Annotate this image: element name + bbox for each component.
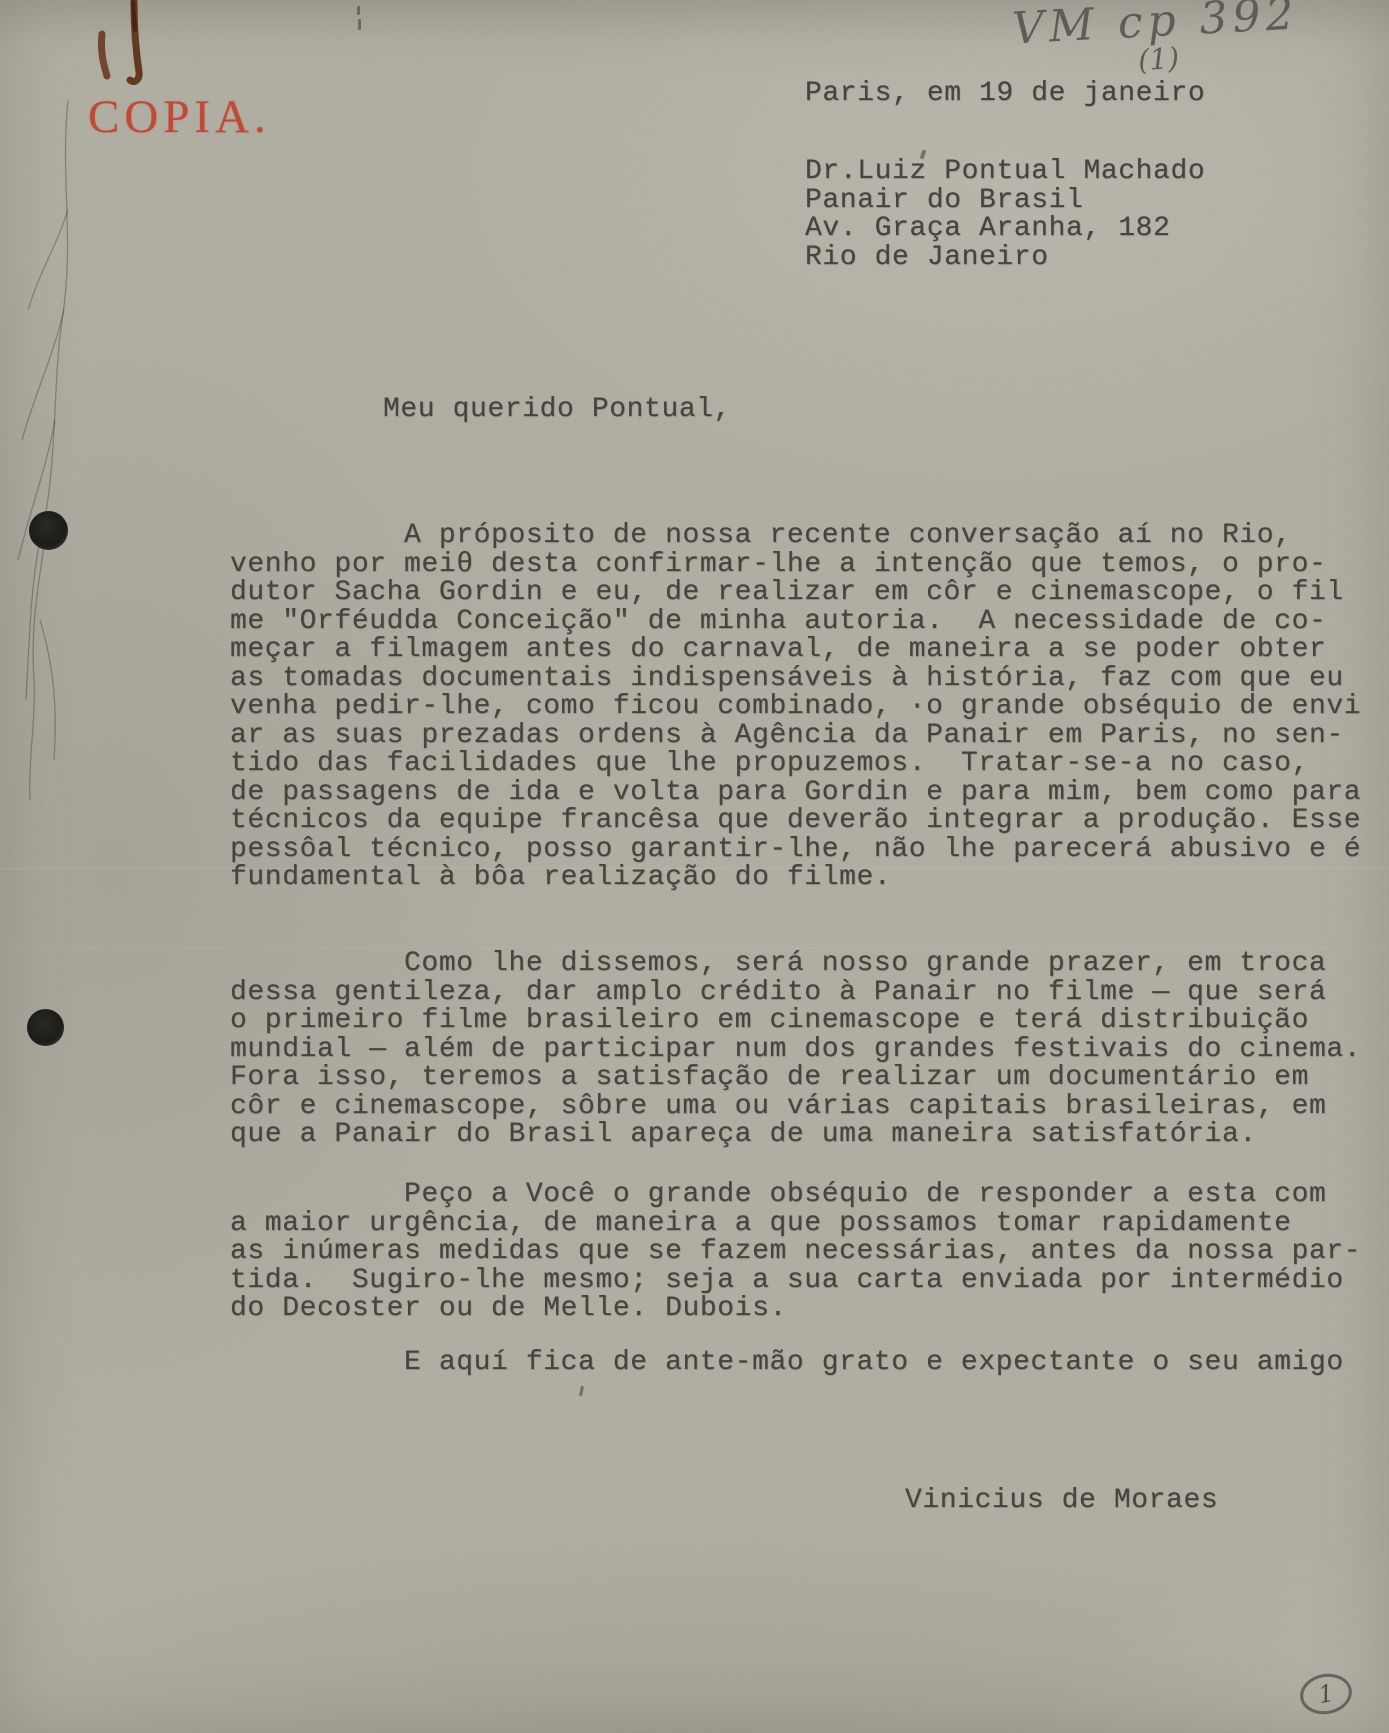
copia-stamp: COPIA. xyxy=(88,90,271,144)
stray-ink-mark xyxy=(579,1386,584,1396)
letter-page: COPIA. VM cp 392 (1) Paris, em 19 de jan… xyxy=(0,0,1389,1733)
archive-code-page-note: (1) xyxy=(1137,41,1180,78)
circled-page-number-value: 1 xyxy=(1316,1679,1336,1709)
hole-punch xyxy=(27,1009,64,1046)
closing-line: E aquí fica de ante-mão grato e expectan… xyxy=(230,1349,1344,1378)
stray-ink-mark xyxy=(358,19,361,30)
signature: Vinicius de Moraes xyxy=(905,1487,1218,1516)
salutation: Meu querido Pontual, xyxy=(383,396,731,425)
pencil-scratch-marks xyxy=(0,60,260,840)
letter-paragraph: Peço a Você o grande obséquio de respond… xyxy=(230,1181,1361,1324)
stray-ink-mark xyxy=(357,6,360,15)
dateline: Paris, em 19 de janeiro xyxy=(805,80,1205,109)
letter-paragraph: A próposito de nossa recente conversação… xyxy=(230,522,1361,893)
hole-punch xyxy=(29,511,68,550)
recipient-address: Dr.Luiz Pontual Machado Panair do Brasil… xyxy=(805,158,1205,272)
letter-paragraph: Como lhe dissemos, será nosso grande pra… xyxy=(230,950,1361,1150)
circled-page-number: 1 xyxy=(1297,1670,1355,1718)
